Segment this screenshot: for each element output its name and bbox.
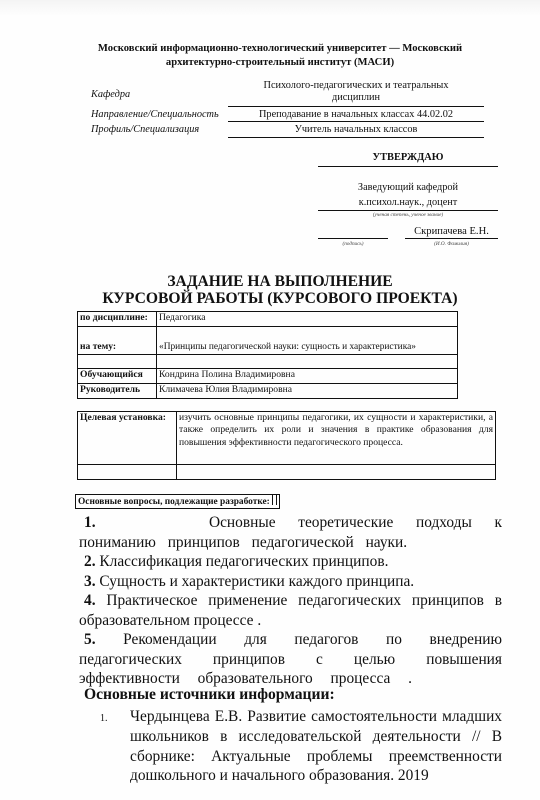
supervisor-value: Климачева Юлия Владимировна bbox=[157, 384, 458, 399]
question-item-2: 2. Классификация педагогических принципо… bbox=[79, 552, 502, 572]
question-text: Классификация педагогических принципов. bbox=[99, 553, 388, 570]
specialty-value: Преподавание в начальных классах 44.02.0… bbox=[228, 109, 484, 120]
table-row: Целевая установка: изучить основные прин… bbox=[78, 412, 496, 465]
question-text: Практическое применение педагогических п… bbox=[79, 592, 502, 629]
topic-label: на тему: bbox=[78, 327, 157, 355]
question-number: 4. bbox=[84, 592, 96, 609]
document-title: ЗАДАНИЕ НА ВЫПОЛНЕНИЕ КУРСОВОЙ РАБОТЫ (К… bbox=[40, 274, 520, 307]
goal-table: Целевая установка: изучить основные прин… bbox=[77, 411, 496, 480]
empty-cell bbox=[177, 465, 496, 480]
question-item-1: 1. Основные теоретические подходы к пони… bbox=[79, 513, 502, 552]
supervisor-label: Руководитель bbox=[78, 384, 157, 399]
source-text: Чердынцева Е.В. Развитие самостоятельнос… bbox=[130, 707, 502, 786]
table-row: на тему: «Принципы педагогической науки:… bbox=[78, 327, 458, 355]
question-item-5: 5. Рекомендации для педагогов по внедрен… bbox=[79, 630, 502, 689]
degree-caption: (ученая степень, ученое звание) bbox=[318, 212, 498, 218]
university-name: Московский информационно-технологический… bbox=[60, 42, 500, 70]
question-number: 1. bbox=[84, 514, 96, 531]
question-number: 5. bbox=[84, 631, 96, 648]
goal-value: изучить основные принципы педагогики, их… bbox=[177, 412, 496, 465]
university-line-1: Московский информационно-технологический… bbox=[60, 42, 500, 56]
name-caption: (И.О. Фамилия) bbox=[405, 241, 498, 247]
discipline-value: Педагогика bbox=[157, 312, 458, 327]
title-line-1: ЗАДАНИЕ НА ВЫПОЛНЕНИЕ bbox=[40, 274, 520, 291]
questions-heading-text: Основные вопросы, подлежащие разработке: bbox=[78, 497, 270, 507]
sources-heading: Основные источники информации: bbox=[84, 686, 335, 704]
department-underline bbox=[228, 106, 484, 107]
specialty-label: Направление/Специальность bbox=[91, 109, 219, 120]
signature-caption: (подпись) bbox=[318, 241, 388, 247]
goal-label: Целевая установка: bbox=[78, 412, 177, 465]
page-top-shadow bbox=[0, 0, 540, 16]
profile-value: Учитель начальных классов bbox=[228, 124, 484, 135]
department-label: Кафедра bbox=[91, 89, 130, 100]
table-row bbox=[78, 465, 496, 480]
profile-label: Профиль/Специализация bbox=[91, 124, 199, 135]
degree-underline bbox=[318, 210, 498, 211]
university-line-2: архитектурно-строительный институт (МАСИ… bbox=[60, 56, 500, 70]
approval-degree: к.психол.наук., доцент bbox=[318, 197, 498, 208]
question-text: Сущность и характеристики каждого принци… bbox=[99, 573, 414, 590]
question-number: 2. bbox=[84, 553, 96, 570]
signature-line[interactable] bbox=[318, 238, 388, 239]
question-text: Основные теоретические подходы к пониман… bbox=[79, 514, 502, 551]
department-value: Психолого-педагогических и театральных д… bbox=[228, 80, 484, 104]
student-label: Обучающийся bbox=[78, 369, 157, 384]
name-underline bbox=[405, 238, 498, 239]
source-item-1: 1. Чердынцева Е.В. Развитие самостоятель… bbox=[100, 707, 502, 786]
source-number: 1. bbox=[100, 709, 108, 729]
approver-name: Скрипачева Е.Н. bbox=[405, 226, 498, 237]
empty-cell bbox=[157, 355, 458, 369]
assignment-info-table: по дисциплине: Педагогика на тему: «Прин… bbox=[77, 311, 458, 399]
student-value: Кондрина Полина Владимировна bbox=[157, 369, 458, 384]
department-value-line-2: дисциплин bbox=[228, 92, 484, 104]
question-item-3: 3. Сущность и характеристики каждого при… bbox=[79, 572, 502, 592]
questions-heading: Основные вопросы, подлежащие разработке: bbox=[75, 494, 280, 509]
table-row bbox=[78, 355, 458, 369]
title-line-2: КУРСОВОЙ РАБОТЫ (КУРСОВОГО ПРОЕКТА) bbox=[40, 291, 520, 308]
question-item-4: 4. Практическое применение педагогически… bbox=[79, 591, 502, 630]
empty-cell bbox=[78, 355, 157, 369]
question-number: 3. bbox=[84, 573, 96, 590]
table-row: по дисциплине: Педагогика bbox=[78, 312, 458, 327]
specialty-underline bbox=[228, 121, 484, 122]
topic-value: «Принципы педагогической науки: сущность… bbox=[157, 327, 458, 355]
profile-underline bbox=[228, 137, 484, 138]
question-text: Рекомендации для педагогов по внедрению … bbox=[79, 631, 502, 687]
department-value-line-1: Психолого-педагогических и театральных bbox=[228, 80, 484, 92]
heading-cell-marker bbox=[272, 495, 277, 505]
table-row: Обучающийся Кондрина Полина Владимировна bbox=[78, 369, 458, 384]
approval-heading: УТВЕРЖДАЮ bbox=[318, 152, 498, 163]
table-row: Руководитель Климачева Юлия Владимировна bbox=[78, 384, 458, 399]
empty-cell bbox=[78, 465, 177, 480]
approval-heading-underline bbox=[318, 166, 498, 167]
discipline-label: по дисциплине: bbox=[78, 312, 157, 327]
approval-position: Заведующий кафедрой bbox=[318, 182, 498, 193]
